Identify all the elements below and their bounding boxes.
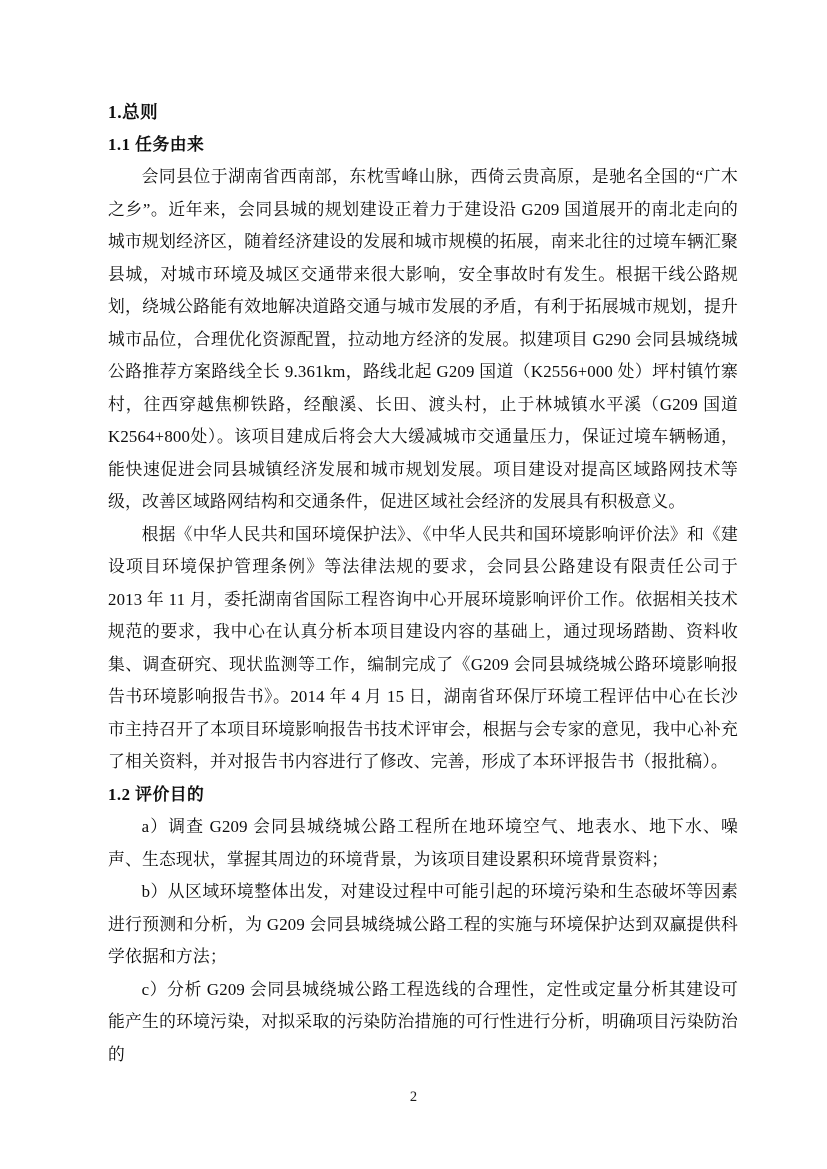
page-number: 2 [0,1087,827,1107]
document-page: 1.总则 1.1 任务由来 会同县位于湖南省西南部，东枕雪峰山脉，西倚云贵高原，… [0,0,827,1169]
section-1-1-heading: 1.1 任务由来 [108,129,738,162]
document-content: 1.总则 1.1 任务由来 会同县位于湖南省西南部，东枕雪峰山脉，西倚云贵高原，… [108,96,738,1071]
section-1-1-paragraph-2: 根据《中华人民共和国环境保护法》、《中华人民共和国环境影响评价法》和《建设项目环… [108,519,738,779]
section-1-2-item-c: c）分析 G209 会同县城绕城公路工程选线的合理性，定性或定量分析其建设可能产… [108,974,738,1072]
section-1-2-heading: 1.2 评价目的 [108,779,738,812]
section-1-1-paragraph-1: 会同县位于湖南省西南部，东枕雪峰山脉，西倚云贵高原，是驰名全国的“广木之乡”。近… [108,161,738,519]
section-1-2-item-b: b）从区域环境整体出发，对建设过程中可能引起的环境污染和生态破坏等因素进行预测和… [108,876,738,974]
chapter-1-heading: 1.总则 [108,96,738,129]
section-1-2-item-a: a）调查 G209 会同县城绕城公路工程所在地环境空气、地表水、地下水、噪声、生… [108,811,738,876]
